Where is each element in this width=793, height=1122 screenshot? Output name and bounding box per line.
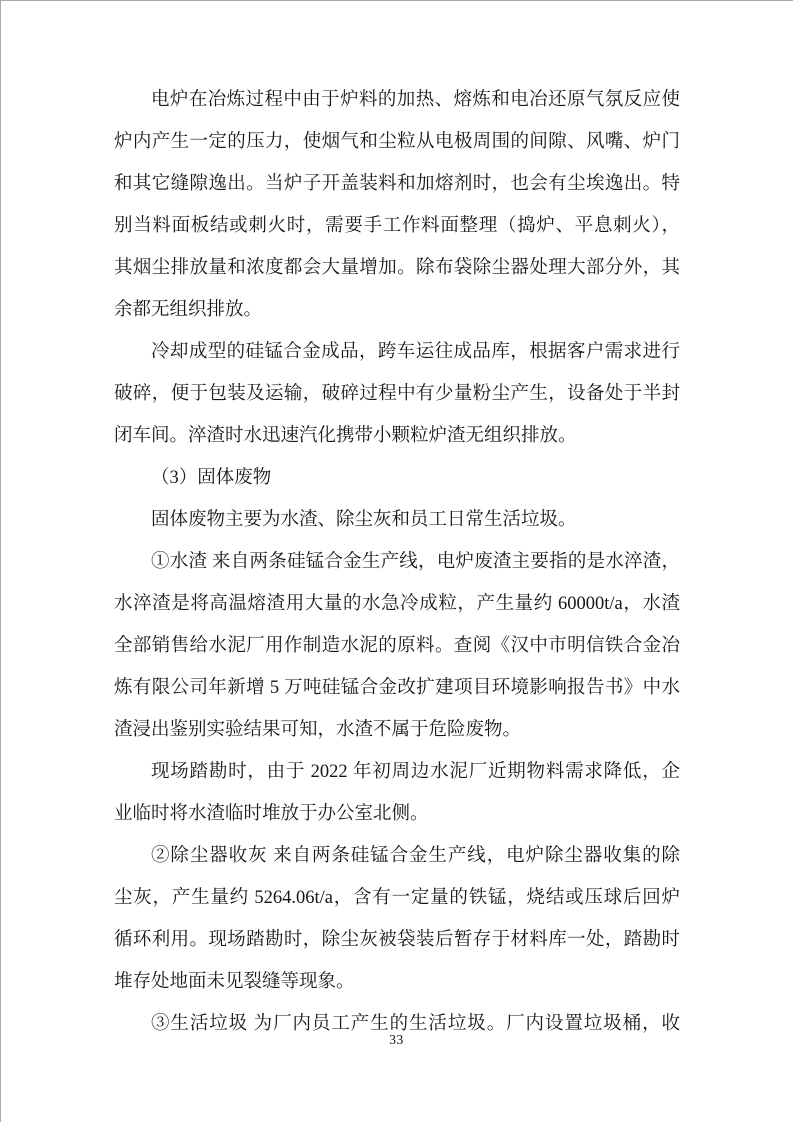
text-line: 循环利用。现场踏勘时，除尘灰被袋装后暂存于材料库一处，踏勘时 <box>114 919 680 961</box>
page-border-top <box>0 0 793 1</box>
paragraph: （3）固体废物 <box>114 457 680 499</box>
text-line: 破碎，便于包装及运输，破碎过程中有少量粉尘产生，设备处于半封 <box>114 373 680 415</box>
text-line: 闭车间。淬渣时水迅速汽化携带小颗粒炉渣无组织排放。 <box>114 415 680 457</box>
text-line: 堆存处地面未见裂缝等现象。 <box>114 961 680 1003</box>
text-line: 炼有限公司年新增 5 万吨硅锰合金改扩建项目环境影响报告书》中水 <box>114 667 680 709</box>
page-number: 33 <box>389 1032 404 1047</box>
document-page: { "page": { "number": "33", "background"… <box>0 0 793 1122</box>
text-line: 电炉在冶炼过程中由于炉料的加热、熔炼和电冶还原气氛反应使 <box>114 79 680 121</box>
page-border-left <box>0 0 1 1122</box>
paragraph: ②除尘器收灰 来自两条硅锰合金生产线，电炉除尘器收集的除尘灰，产生量约 5264… <box>114 835 680 1003</box>
paragraph: 固体废物主要为水渣、除尘灰和员工日常生活垃圾。 <box>114 499 680 541</box>
text-line: 余都无组织排放。 <box>114 289 680 331</box>
text-line: 全部销售给水泥厂用作制造水泥的原料。查阅《汉中市明信铁合金冶 <box>114 625 680 667</box>
text-line: 水淬渣是将高温熔渣用大量的水急冷成粒，产生量约 60000t/a，水渣 <box>114 583 680 625</box>
paragraph: ①水渣 来自两条硅锰合金生产线，电炉废渣主要指的是水淬渣，水淬渣是将高温熔渣用大… <box>114 541 680 751</box>
text-line: 和其它缝隙逸出。当炉子开盖装料和加熔剂时，也会有尘埃逸出。特 <box>114 163 680 205</box>
text-line: 冷却成型的硅锰合金成品，跨车运往成品库，根据客户需求进行 <box>114 331 680 373</box>
text-line: 渣浸出鉴别实验结果可知，水渣不属于危险废物。 <box>114 709 680 751</box>
paragraph: 冷却成型的硅锰合金成品，跨车运往成品库，根据客户需求进行破碎，便于包装及运输，破… <box>114 331 680 457</box>
text-line: 其烟尘排放量和浓度都会大量增加。除布袋除尘器处理大部分外，其 <box>114 247 680 289</box>
text-line: 炉内产生一定的压力，使烟气和尘粒从电极周围的间隙、风嘴、炉门 <box>114 121 680 163</box>
paragraph: 电炉在冶炼过程中由于炉料的加热、熔炼和电冶还原气氛反应使炉内产生一定的压力，使烟… <box>114 79 680 331</box>
page-footer: 33 <box>0 1031 793 1049</box>
document-body-text: 电炉在冶炼过程中由于炉料的加热、熔炼和电冶还原气氛反应使炉内产生一定的压力，使烟… <box>114 79 680 1045</box>
paragraph: 现场踏勘时，由于 2022 年初周边水泥厂近期物料需求降低，企业临时将水渣临时堆… <box>114 751 680 835</box>
text-line: 业临时将水渣临时堆放于办公室北侧。 <box>114 793 680 835</box>
text-line: 现场踏勘时，由于 2022 年初周边水泥厂近期物料需求降低，企 <box>114 751 680 793</box>
text-line: 尘灰，产生量约 5264.06t/a，含有一定量的铁锰，烧结或压球后回炉 <box>114 877 680 919</box>
text-line: ①水渣 来自两条硅锰合金生产线，电炉废渣主要指的是水淬渣， <box>114 541 680 583</box>
text-line: 别当料面板结或刺火时，需要手工作料面整理（捣炉、平息刺火）， <box>114 205 680 247</box>
text-line: ②除尘器收灰 来自两条硅锰合金生产线，电炉除尘器收集的除 <box>114 835 680 877</box>
text-line: 固体废物主要为水渣、除尘灰和员工日常生活垃圾。 <box>114 499 680 541</box>
text-line: （3）固体废物 <box>114 457 680 499</box>
